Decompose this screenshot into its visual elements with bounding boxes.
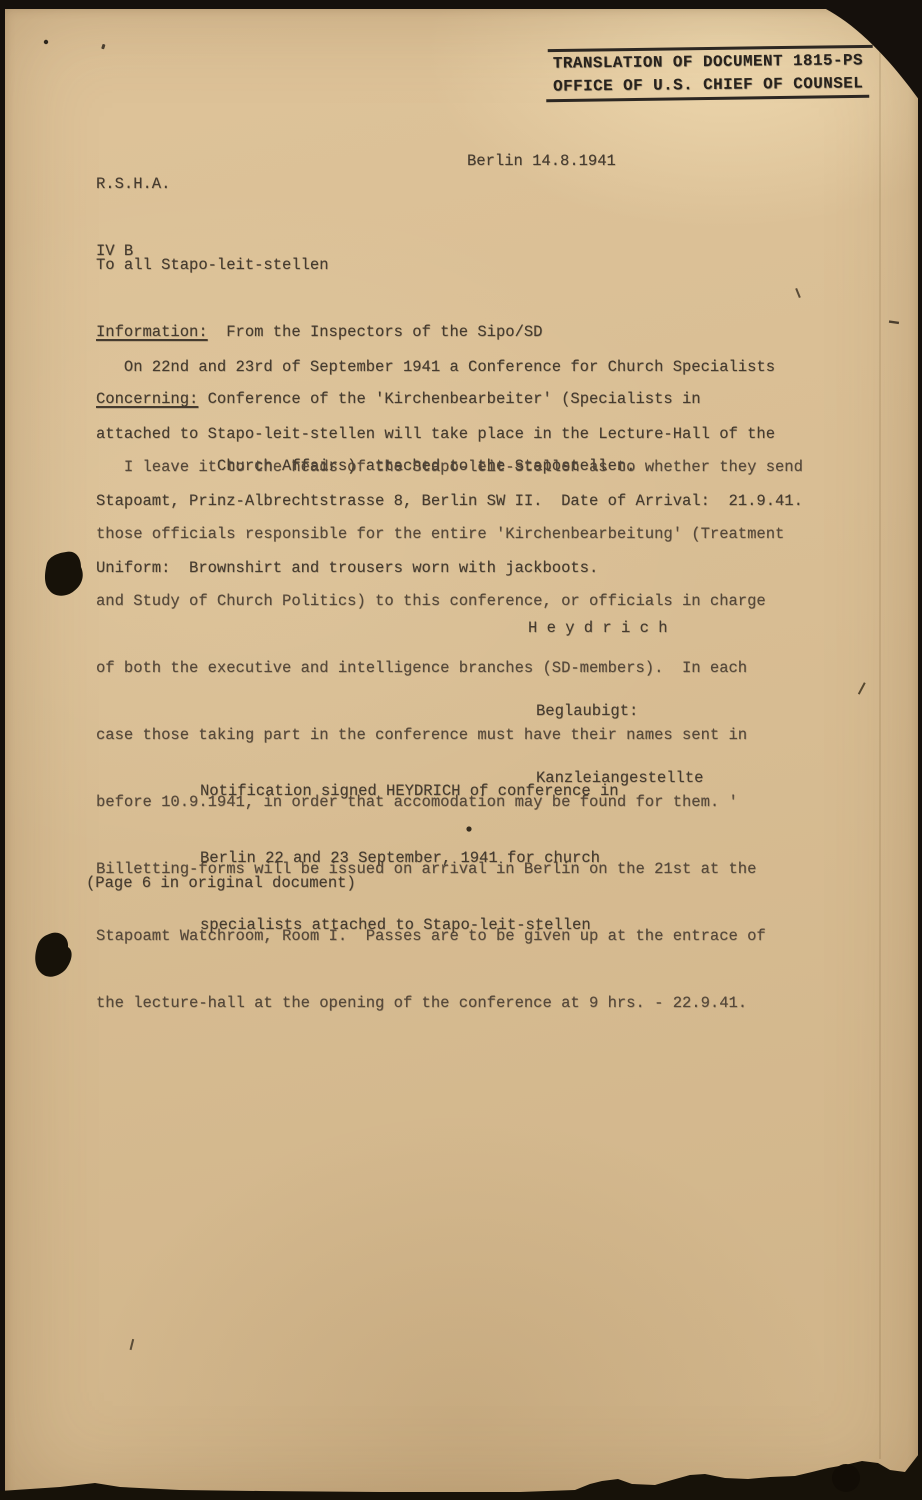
text-line: I leave it to the heads of the Stapo-lei…	[96, 456, 803, 478]
dateline: Berlin 14.8.1941	[467, 150, 616, 172]
text-line: Notification signed HEYDRICH of conferen…	[200, 780, 619, 802]
text-line: specialists attached to Stapo-leit-stell…	[200, 914, 619, 936]
stamp-line-2: OFFICE OF U.S. CHIEF OF COUNSEL	[553, 72, 863, 98]
scan-edge-top	[0, 0, 922, 9]
signature-name: H e y d r i c h	[528, 617, 668, 639]
page-note: (Page 6 in original document)	[86, 872, 356, 894]
text-line: and Study of Church Politics) to this co…	[96, 590, 803, 612]
address-to: To all Stapo-leit-stellen	[96, 254, 701, 276]
text-line: On 22nd and 23rd of September 1941 a Con…	[96, 356, 803, 378]
scanned-document: TRANSLATION OF DOCUMENT 1815-PSOFFICE OF…	[0, 0, 922, 1500]
translation-stamp: TRANSLATION OF DOCUMENT 1815-PSOFFICE OF…	[551, 47, 868, 100]
letterhead-org: R.S.H.A.	[96, 173, 170, 195]
stamp-line-1: TRANSLATION OF DOCUMENT 1815-PS	[553, 49, 863, 75]
certified-label: Beglaubigt:	[536, 700, 703, 722]
scan-edge-right	[918, 0, 922, 1500]
text-line: Berlin 22 and 23 September, 1941 for chu…	[200, 847, 619, 869]
text-line: the lecture-hall at the opening of the c…	[96, 992, 803, 1014]
notification-summary: Notification signed HEYDRICH of conferen…	[200, 735, 619, 981]
paper-crease	[879, 9, 881, 1459]
text-line: those officials responsible for the enti…	[96, 523, 803, 545]
